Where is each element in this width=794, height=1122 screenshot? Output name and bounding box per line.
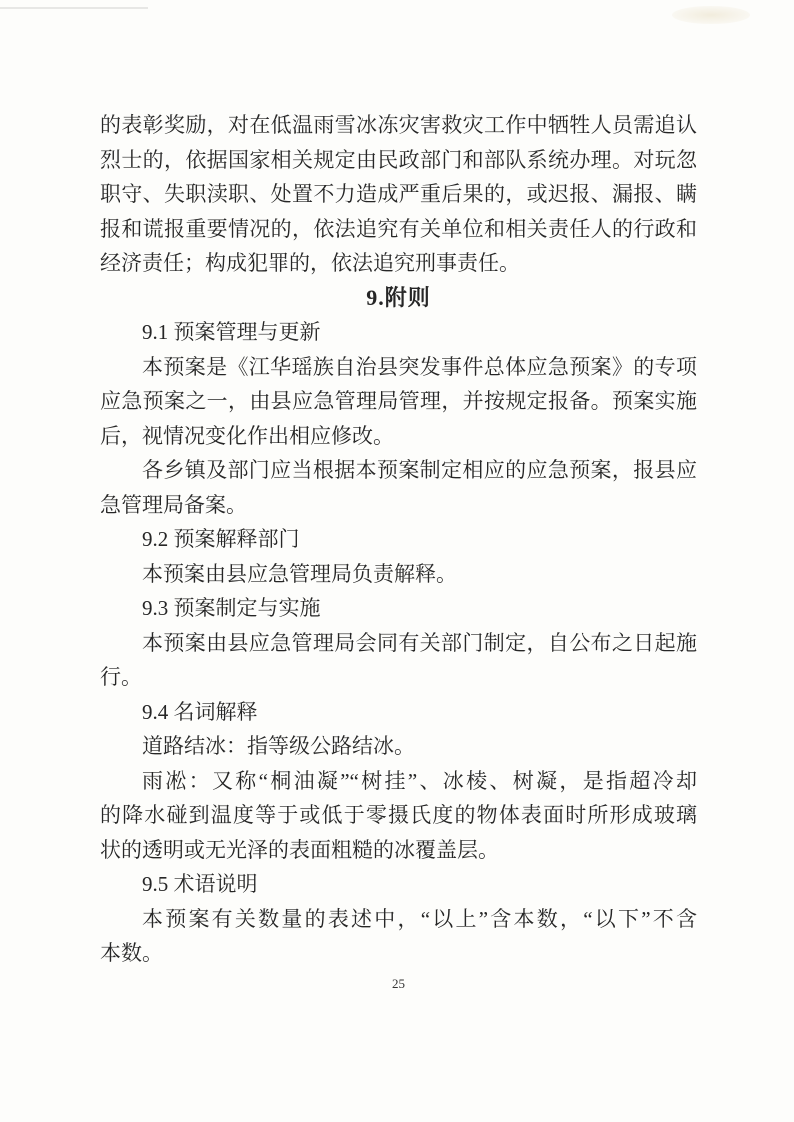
paragraph-line: 本预案由县应急管理局会同有关部门制定，自公布之日起施 — [100, 626, 697, 661]
paragraph-line: 各乡镇及部门应当根据本预案制定相应的应急预案，报县应 — [100, 453, 697, 488]
paragraph-line: 本预案有关数量的表述中，“以上”含本数，“以下”不含 — [100, 902, 697, 937]
subsection-9-5-title: 9.5 术语说明 — [100, 867, 697, 902]
page-number: 25 — [100, 971, 697, 997]
paragraph-line: 后，视情况变化作出相应修改。 — [100, 419, 697, 454]
paragraph-line: 的降水碰到温度等于或低于零摄氏度的物体表面时所形成玻璃 — [100, 798, 697, 833]
subsection-9-2-title: 9.2 预案解释部门 — [100, 522, 697, 557]
paragraph-line: 报和谎报重要情况的，依法追究有关单位和相关责任人的行政和 — [100, 212, 697, 247]
page-content: 的表彰奖励，对在低温雨雪冰冻灾害救灾工作中牺牲人员需追认 烈士的，依据国家相关规… — [100, 108, 697, 997]
paragraph-line: 急管理局备案。 — [100, 488, 697, 523]
document-page: 的表彰奖励，对在低温雨雪冰冻灾害救灾工作中牺牲人员需追认 烈士的，依据国家相关规… — [0, 0, 794, 1122]
paragraph-line: 应急预案之一，由县应急管理局管理，并按规定报备。预案实施 — [100, 384, 697, 419]
paragraph-line: 本预案由县应急管理局负责解释。 — [100, 557, 697, 592]
paragraph-line: 本预案是《江华瑶族自治县突发事件总体应急预案》的专项 — [100, 350, 697, 385]
subsection-9-1-title: 9.1 预案管理与更新 — [100, 315, 697, 350]
subsection-9-3-title: 9.3 预案制定与实施 — [100, 591, 697, 626]
section-9-heading: 9.附则 — [100, 281, 697, 316]
paragraph-line: 雨凇：又称“桐油凝”“树挂”、冰棱、树凝，是指超冷却 — [100, 764, 697, 799]
paragraph-line: 本数。 — [100, 936, 697, 971]
paragraph-line: 职守、失职渎职、处置不力造成严重后果的，或迟报、漏报、瞒 — [100, 177, 697, 212]
scan-artifact-line — [0, 7, 148, 9]
paragraph-line: 道路结冰：指等级公路结冰。 — [100, 729, 697, 764]
subsection-9-4-title: 9.4 名词解释 — [100, 695, 697, 730]
paragraph-line: 烈士的，依据国家相关规定由民政部门和部队系统办理。对玩忽 — [100, 143, 697, 178]
scan-smudge — [672, 6, 750, 24]
paragraph-line: 的表彰奖励，对在低温雨雪冰冻灾害救灾工作中牺牲人员需追认 — [100, 108, 697, 143]
paragraph-line: 行。 — [100, 660, 697, 695]
paragraph-line: 经济责任；构成犯罪的，依法追究刑事责任。 — [100, 246, 697, 281]
paragraph-line: 状的透明或无光泽的表面粗糙的冰覆盖层。 — [100, 833, 697, 868]
